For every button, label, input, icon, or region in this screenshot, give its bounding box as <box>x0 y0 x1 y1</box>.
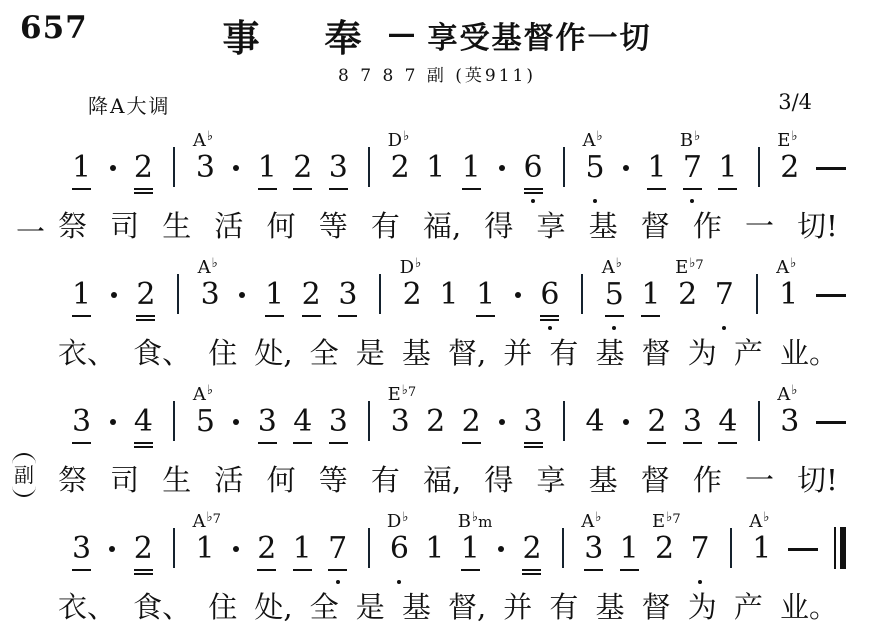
lyric-syllable: 基 <box>402 335 431 371</box>
note: A♭5 <box>585 150 604 206</box>
note: 2 <box>426 404 445 460</box>
music-system-4: 32A♭71217D♭61B♭m12A♭31E♭727A♭1 衣、食、住处,全是… <box>0 499 874 626</box>
lyrics-row: 祭司生活何等有福,得享基督作一切! <box>0 206 874 244</box>
note: 4 <box>718 404 737 460</box>
note: A♭3 <box>196 150 215 206</box>
dash-sustain <box>816 277 846 333</box>
barline <box>169 150 179 206</box>
note: 1 <box>426 150 445 206</box>
lyric-syllable: 等 <box>319 208 348 244</box>
lyric-syllable: 为 <box>688 589 717 625</box>
chord-symbol: A♭7 <box>193 513 221 531</box>
lyric-syllable: 生 <box>162 208 191 244</box>
lyric-syllable: 全 <box>310 589 339 625</box>
lyric-syllable: 祭 <box>58 208 87 244</box>
lyric-syllable: 并 <box>503 589 532 625</box>
note: 2 <box>257 531 276 587</box>
time-signature: 3/4 <box>778 90 812 114</box>
music-system-2: 12A♭3123D♭2116A♭51E♭727A♭1 衣、食、住处,全是基督,并… <box>0 245 874 372</box>
key-time-row: 降A大调 3/4 <box>0 88 874 118</box>
barline <box>173 277 183 333</box>
note: 2 <box>136 277 155 333</box>
note: 3 <box>72 404 91 460</box>
barline <box>559 404 569 460</box>
note: 1 <box>620 531 639 587</box>
notation-line-3: 34A♭5343E♭732234234A♭3 <box>0 372 874 460</box>
note: 2 <box>302 277 321 333</box>
lyric-syllable: 业。 <box>780 335 838 371</box>
chord-symbol: B♭ <box>680 132 700 150</box>
augmentation-dot <box>107 531 117 587</box>
lyric-syllable: 活 <box>214 208 243 244</box>
chord-symbol: D♭ <box>400 259 422 277</box>
note: 7 <box>328 531 347 587</box>
chord-symbol: E♭7 <box>675 259 704 277</box>
note: 3 <box>683 404 702 460</box>
note: A♭5 <box>605 277 624 333</box>
final-barline <box>834 531 846 587</box>
lyric-syllable: 基 <box>402 589 431 625</box>
note: 1 <box>647 150 666 206</box>
lyric-syllable: 处, <box>254 589 292 625</box>
lyric-syllable: 切! <box>797 462 838 498</box>
augmentation-dot <box>108 404 118 460</box>
augmentation-dot <box>513 277 523 333</box>
lyric-syllable: 处, <box>254 335 292 371</box>
note: 2 <box>134 531 153 587</box>
lyrics-row: 衣、食、住处,全是基督,并有基督为产业。 <box>0 587 874 625</box>
note: A♭3 <box>201 277 220 333</box>
chord-symbol: A♭ <box>777 386 797 404</box>
lyric-syllable: 督, <box>448 589 486 625</box>
lyric-syllable: 作 <box>693 462 722 498</box>
lyric-line-2: 衣、食、住处,全是基督,并有基督为产业。 <box>0 333 874 374</box>
barline <box>169 531 179 587</box>
lyric-syllable: 切! <box>797 208 838 244</box>
note: 2 <box>134 150 153 206</box>
notation-line-4: 32A♭71217D♭61B♭m12A♭31E♭727A♭1 <box>0 499 874 587</box>
lyric-syllable: 活 <box>214 462 243 498</box>
note: 2 <box>293 150 312 206</box>
note: 3 <box>524 404 543 460</box>
barline <box>364 404 374 460</box>
paren-arc-bottom <box>12 486 36 497</box>
barline <box>375 277 385 333</box>
note: 4 <box>293 404 312 460</box>
lyric-syllable: 督, <box>448 335 486 371</box>
barline <box>558 531 568 587</box>
chord-symbol: E♭7 <box>388 386 417 404</box>
lyric-syllable: 一 <box>745 208 774 244</box>
barline <box>169 404 179 460</box>
barline <box>577 277 587 333</box>
note: 3 <box>338 277 357 333</box>
note: A♭3 <box>584 531 603 587</box>
chord-symbol: A♭ <box>193 386 213 404</box>
lyric-syllable: 享 <box>536 208 565 244</box>
note: 3 <box>258 404 277 460</box>
lyric-syllable: 业。 <box>780 589 838 625</box>
note: 2 <box>522 531 541 587</box>
chorus-mark: 副 <box>12 453 36 497</box>
lyric-syllable: 司 <box>110 462 139 498</box>
chord-symbol: D♭ <box>387 513 409 531</box>
barline <box>752 277 762 333</box>
lyric-syllable: 一 <box>745 462 774 498</box>
note: 2 <box>647 404 666 460</box>
lyric-syllable: 享 <box>536 462 565 498</box>
augmentation-dot <box>621 150 631 206</box>
note: A♭1 <box>779 277 798 333</box>
chord-symbol: A♭ <box>193 132 213 150</box>
note: A♭1 <box>752 531 771 587</box>
lyric-syllable: 生 <box>162 462 191 498</box>
key-signature: 降A大调 <box>88 90 170 119</box>
music-system-1: 12A♭3123D♭2116A♭51B♭71E♭2 一 祭司生活何等有福,得享基… <box>0 118 874 245</box>
chord-symbol: A♭ <box>776 259 796 277</box>
barline <box>754 404 764 460</box>
chord-symbol: E♭7 <box>652 513 681 531</box>
notation-line-2: 12A♭3123D♭2116A♭51E♭727A♭1 <box>0 245 874 333</box>
chord-symbol: D♭ <box>388 132 410 150</box>
augmentation-dot <box>237 277 247 333</box>
hymn-sheet-page: 657 事 奉 — 享受基督作一切 8 7 8 7 副 (英911) 降A大调 … <box>0 0 874 628</box>
note: 7 <box>715 277 734 333</box>
chord-symbol: A♭ <box>749 513 769 531</box>
note: 1 <box>258 150 277 206</box>
dash-sustain <box>816 150 846 206</box>
note: 6 <box>540 277 559 333</box>
dash-sustain <box>788 531 818 587</box>
barline <box>754 150 764 206</box>
note: 7 <box>690 531 709 587</box>
lyric-syllable: 食、 <box>133 589 191 625</box>
note: E♭2 <box>780 150 799 206</box>
lyric-syllable: 基 <box>596 335 625 371</box>
note: A♭5 <box>196 404 215 460</box>
chord-symbol: A♭ <box>582 132 602 150</box>
title-subtitle: 享受基督作一切 <box>428 13 652 57</box>
notation-line-1: 12A♭3123D♭2116A♭51B♭71E♭2 <box>0 118 874 206</box>
note: 4 <box>134 404 153 460</box>
note: E♭72 <box>655 531 674 587</box>
note: D♭2 <box>403 277 422 333</box>
barline <box>364 150 374 206</box>
lyric-syllable: 有 <box>549 335 578 371</box>
lyric-syllable: 全 <box>310 335 339 371</box>
lyric-syllable: 产 <box>734 335 763 371</box>
lyric-syllable: 有 <box>371 462 400 498</box>
note: 4 <box>585 404 604 460</box>
note: D♭2 <box>391 150 410 206</box>
hymn-title: 事 奉 — 享受基督作一切 <box>0 12 874 58</box>
music-system-3: 34A♭5343E♭732234234A♭3 副 祭司生活何等有福,得享基督作一… <box>0 372 874 499</box>
chord-symbol: A♭ <box>602 259 622 277</box>
lyric-syllable: 督 <box>641 208 670 244</box>
note: E♭72 <box>678 277 697 333</box>
lyric-syllable: 得 <box>484 208 513 244</box>
lyric-syllable: 祭 <box>58 462 87 498</box>
chord-symbol: E♭ <box>777 132 797 150</box>
note: D♭6 <box>390 531 409 587</box>
meter-line: 8 7 8 7 副 (英911) <box>0 64 874 88</box>
note: 1 <box>265 277 284 333</box>
chord-symbol: A♭ <box>581 513 601 531</box>
lyric-syllable: 是 <box>356 335 385 371</box>
lyric-syllable: 福, <box>423 462 461 498</box>
lyric-syllable: 产 <box>734 589 763 625</box>
lyric-syllable: 福, <box>423 208 461 244</box>
lyric-syllable: 衣、 <box>58 589 116 625</box>
note: E♭73 <box>391 404 410 460</box>
lyric-syllable: 基 <box>589 208 618 244</box>
lyric-syllable: 等 <box>319 462 348 498</box>
lyric-syllable: 衣、 <box>58 335 116 371</box>
augmentation-dot <box>231 531 241 587</box>
augmentation-dot <box>497 404 507 460</box>
note: 1 <box>72 277 91 333</box>
lyric-syllable: 何 <box>267 462 296 498</box>
augmentation-dot <box>108 150 118 206</box>
lyric-syllable: 何 <box>267 208 296 244</box>
dash-sustain <box>816 404 846 460</box>
chord-symbol: B♭m <box>458 513 493 531</box>
note: A♭71 <box>196 531 215 587</box>
note: 1 <box>425 531 444 587</box>
lyric-line-1: 一 祭司生活何等有福,得享基督作一切! <box>0 206 874 247</box>
note: 1 <box>439 277 458 333</box>
note: 3 <box>329 404 348 460</box>
note: 3 <box>329 150 348 206</box>
note: 1 <box>72 150 91 206</box>
lyric-syllable: 督 <box>641 462 670 498</box>
lyric-syllable: 有 <box>371 208 400 244</box>
lyric-syllable: 住 <box>208 335 237 371</box>
note: 6 <box>524 150 543 206</box>
augmentation-dot <box>109 277 119 333</box>
lyric-syllable: 督 <box>642 335 671 371</box>
note: 1 <box>718 150 737 206</box>
verse-number: 一 <box>16 210 45 251</box>
augmentation-dot <box>497 150 507 206</box>
lyrics-row: 祭司生活何等有福,得享基督作一切! <box>0 460 874 498</box>
chord-symbol: A♭ <box>198 259 218 277</box>
lyric-syllable: 并 <box>503 335 532 371</box>
barline <box>559 150 569 206</box>
lyric-syllable: 食、 <box>133 335 191 371</box>
note: 1 <box>293 531 312 587</box>
note: A♭3 <box>780 404 799 460</box>
augmentation-dot <box>231 150 241 206</box>
augmentation-dot <box>496 531 506 587</box>
augmentation-dot <box>231 404 241 460</box>
lyric-line-4: 衣、食、住处,全是基督,并有基督为产业。 <box>0 587 874 628</box>
chorus-label: 副 <box>14 464 34 486</box>
lyric-syllable: 为 <box>688 335 717 371</box>
title-main: 事 奉 <box>223 8 376 62</box>
barline <box>726 531 736 587</box>
lyric-syllable: 基 <box>596 589 625 625</box>
note: 1 <box>641 277 660 333</box>
hymn-number: 657 <box>20 10 88 46</box>
lyric-syllable: 督 <box>642 589 671 625</box>
note: 1 <box>462 150 481 206</box>
lyric-syllable: 是 <box>356 589 385 625</box>
lyric-syllable: 得 <box>484 462 513 498</box>
barline <box>364 531 374 587</box>
header: 657 事 奉 — 享受基督作一切 <box>0 0 874 64</box>
note: B♭m1 <box>461 531 480 587</box>
lyric-syllable: 作 <box>693 208 722 244</box>
lyric-syllable: 基 <box>589 462 618 498</box>
note: 1 <box>476 277 495 333</box>
lyric-syllable: 住 <box>208 589 237 625</box>
lyrics-row: 衣、食、住处,全是基督,并有基督为产业。 <box>0 333 874 371</box>
note: B♭7 <box>683 150 702 206</box>
lyric-syllable: 司 <box>110 208 139 244</box>
augmentation-dot <box>621 404 631 460</box>
lyric-line-3: 副 祭司生活何等有福,得享基督作一切! <box>0 460 874 501</box>
title-dash: — <box>388 17 416 50</box>
note: 2 <box>462 404 481 460</box>
note: 3 <box>72 531 91 587</box>
lyric-syllable: 有 <box>549 589 578 625</box>
